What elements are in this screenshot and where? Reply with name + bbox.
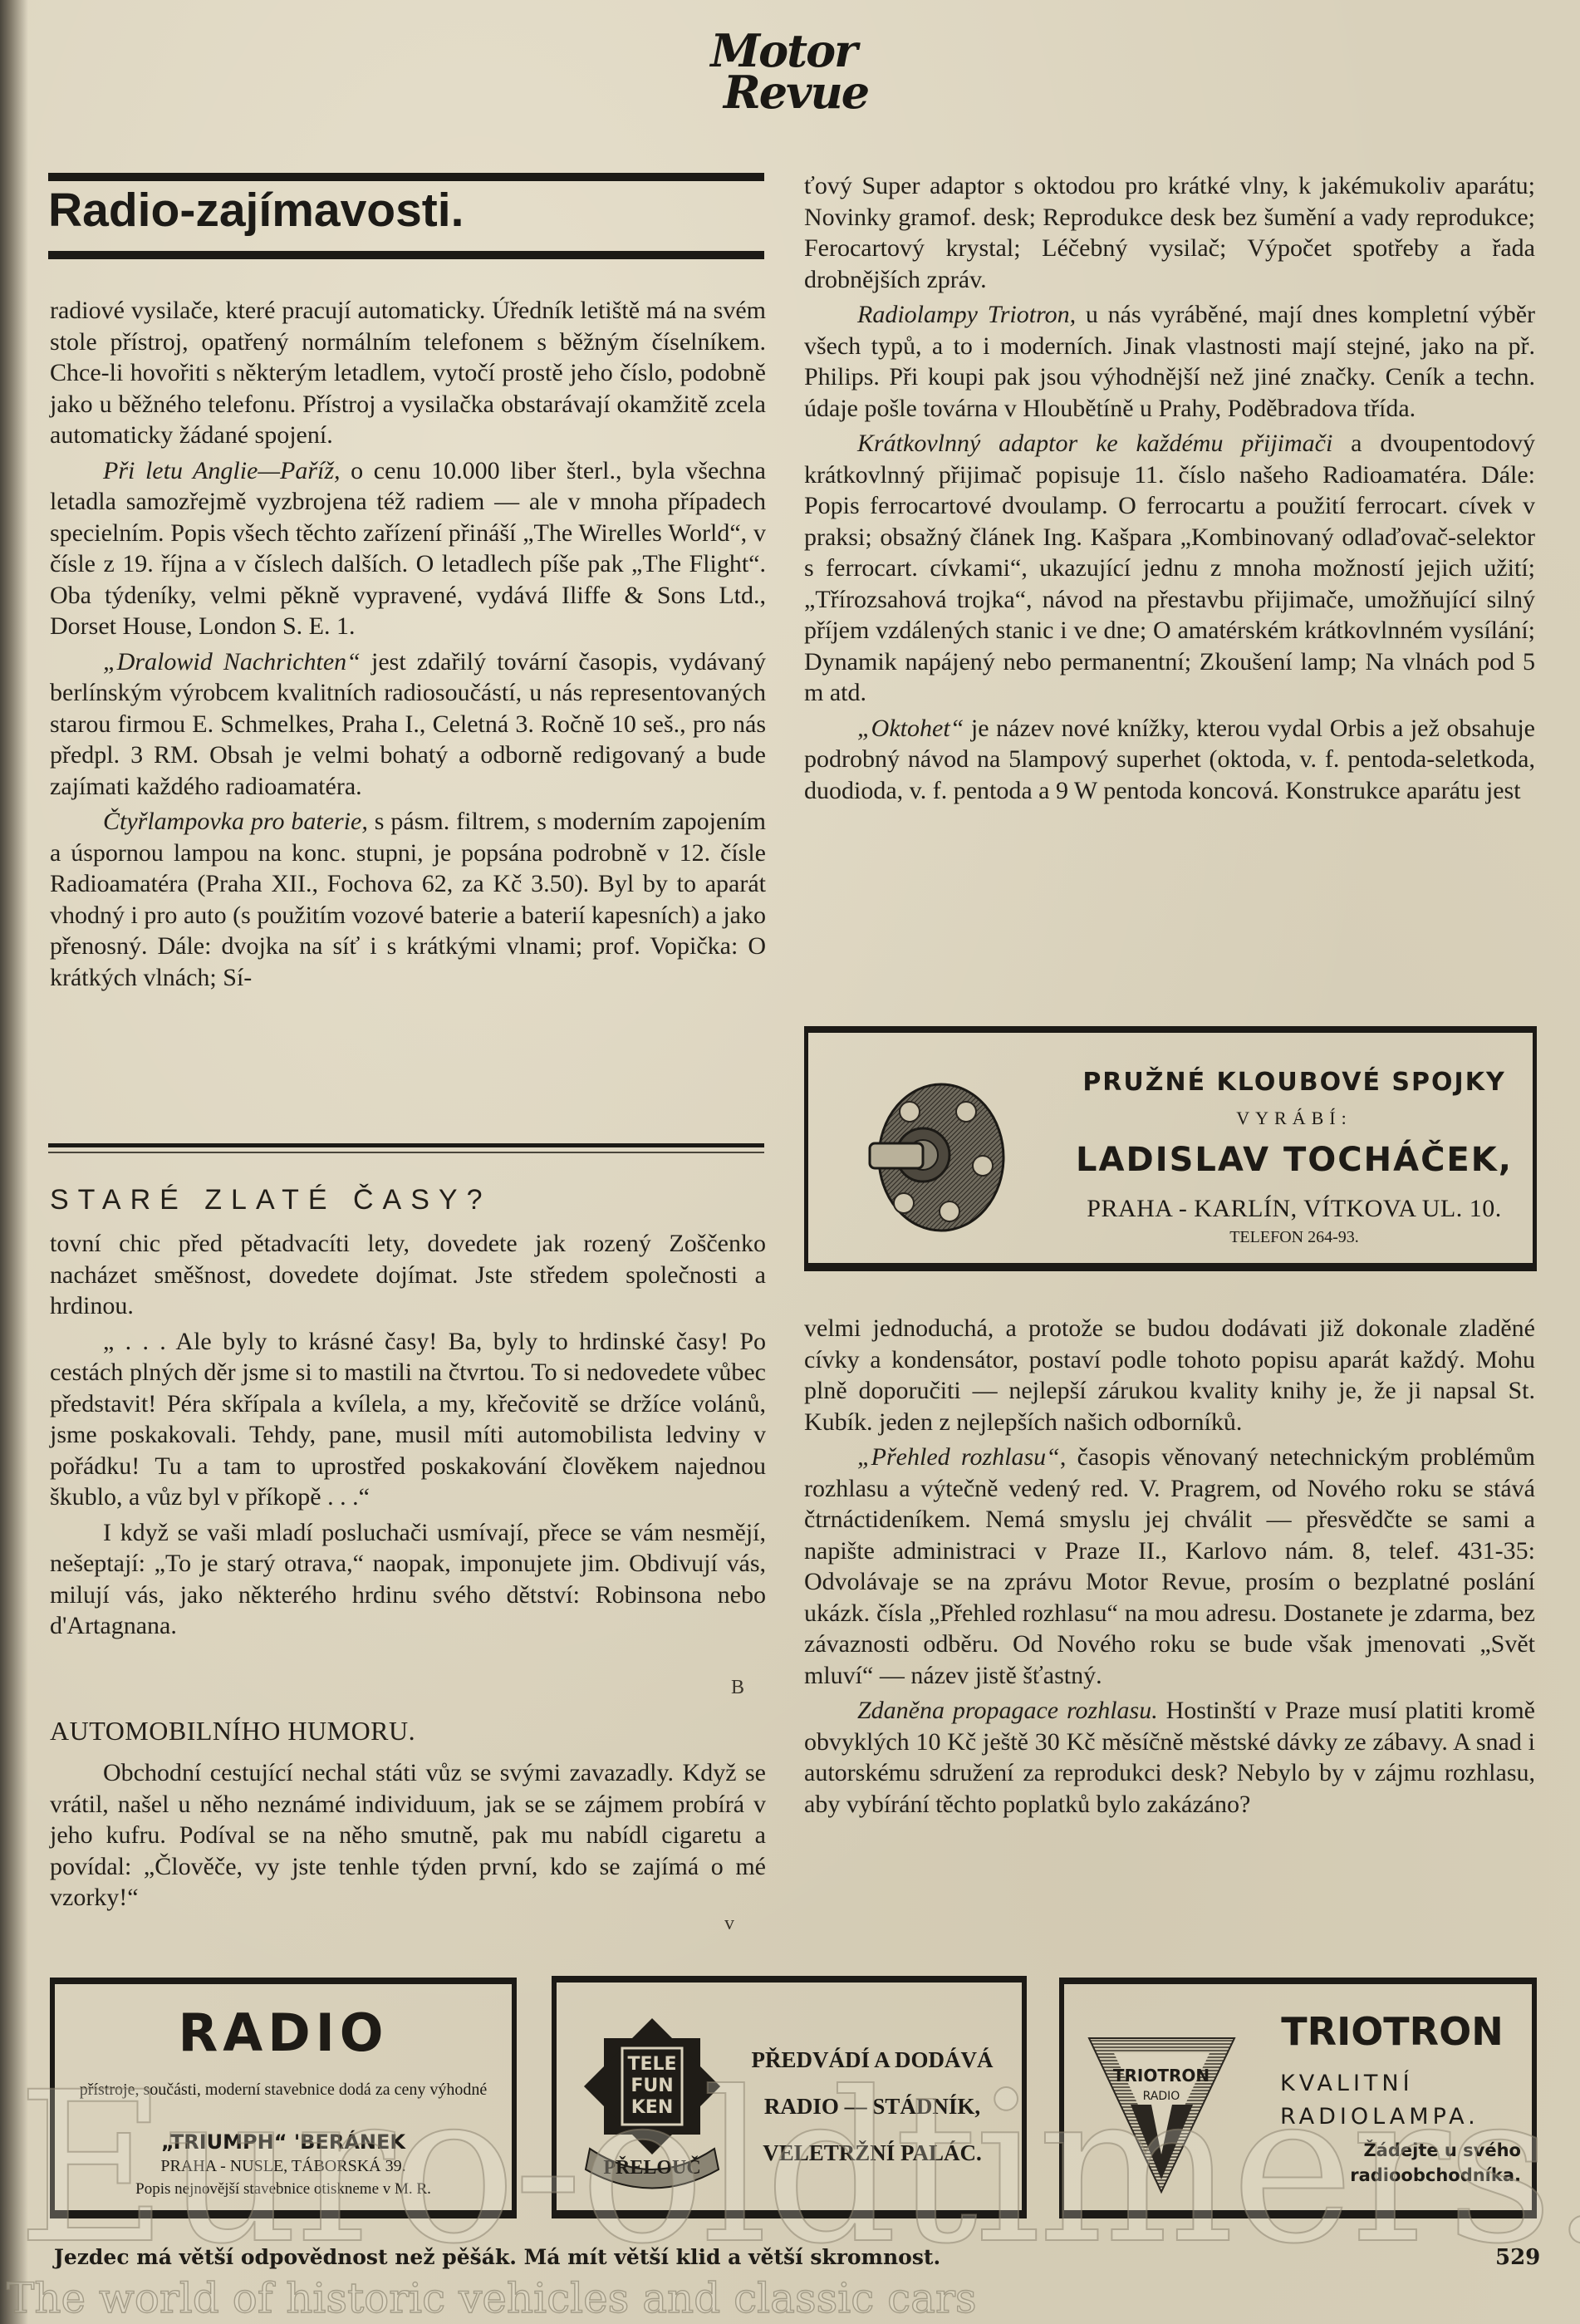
triotron-triangle-logo-icon: TRIOTRON RADIO <box>1085 2030 1239 2196</box>
ad-telefunken-line3: VELETRŽNÍ PALÁC. <box>731 2130 1013 2176</box>
ad-telefunken-stadnik: TELE FUN KEN PŘELOUČ PŘEDVÁDÍ A DODÁVÁ R… <box>552 1976 1027 2218</box>
paragraph-lead: „Oktohet“ <box>857 715 964 742</box>
margin-mark-b: B <box>731 1677 744 1699</box>
section-divider-rule <box>48 1143 764 1147</box>
page-number: 529 <box>1495 2245 1540 2270</box>
right-column-part1: ťový Super adaptor s oktodou pro krátké … <box>804 170 1535 806</box>
ad-spojky-headline: PRUŽNÉ KLOUBOVÉ SPOJKY <box>1062 1068 1527 1097</box>
paragraph: Radiolampy Triotron, u nás vyráběné, maj… <box>804 299 1535 424</box>
ad-radio-note: Popis nejnovější stavebnice otiskneme v … <box>55 2180 512 2199</box>
paragraph: Zdaněna propagace rozhlasu. Hostinští v … <box>804 1695 1535 1820</box>
paragraph: Při letu Anglie—Paříž, o cenu 10.000 lib… <box>50 455 766 642</box>
ad-radio-headline: RADIO <box>55 2002 512 2063</box>
svg-text:RADIO: RADIO <box>1143 2090 1180 2103</box>
paragraph-lead: „Přehled rozhlasu“ <box>857 1443 1060 1471</box>
paragraph: ťový Super adaptor s oktodou pro krátké … <box>804 170 1535 295</box>
paragraph-lead: Krátkovlnný adaptor ke každému přijimači <box>857 430 1332 457</box>
ad-triotron-tagline: KVALITNÍ RADIOLAMPA. <box>1255 2067 1529 2134</box>
svg-text:TRIOTRON: TRIOTRON <box>1113 2066 1210 2086</box>
section2-title: STARÉ ZLATÉ ČASY? <box>50 1184 492 1216</box>
paragraph: „Přehled rozhlasu“, časopis věnovaný net… <box>804 1442 1535 1691</box>
ad-triotron-tag2: RADIOLAMPA. <box>1255 2100 1529 2134</box>
ad-spojky-address: PRAHA - KARLÍN, VÍTKOVA UL. 10. <box>1062 1195 1527 1223</box>
left-column-part1: radiové vysilače, které pracují automati… <box>50 295 766 993</box>
ad-tochacek-couplings: PRUŽNÉ KLOUBOVÉ SPOJKY VYRÁBÍ: LADISLAV … <box>804 1026 1537 1271</box>
ad-radio-company: „TRIUMPH“ 'BERÁNEK <box>55 2130 512 2154</box>
paragraph: „Oktohet“ je název nové knížky, kterou v… <box>804 713 1535 807</box>
ad-triumph-beranek: RADIO přístroje, součásti, moderní stave… <box>50 1978 517 2218</box>
masthead-line2: Revue <box>704 71 887 113</box>
paragraph-lead: Zdaněna propagace rozhlasu. <box>857 1697 1158 1724</box>
title-rule-bottom <box>48 251 764 259</box>
paragraph: Obchodní cestující nechal státi vůz se s… <box>50 1757 766 1914</box>
paragraph: velmi jednoduchá, a protože se budou dod… <box>804 1313 1535 1437</box>
ad-spojky-phone: TELEFON 264-93. <box>1062 1228 1527 1247</box>
ad-triotron-cta2: radioobchodníka. <box>1255 2163 1521 2188</box>
section-title: Radio-zajímavosti. <box>48 183 464 238</box>
paragraph-lead: „Dralowid Nachrichten“ <box>103 648 361 676</box>
paragraph-lead: Čtyřlampovka pro baterie, <box>103 808 368 835</box>
paragraph: Čtyřlampovka pro baterie, s pásm. filtre… <box>50 806 766 993</box>
left-column-part3: Obchodní cestující nechal státi vůz se s… <box>50 1753 766 1914</box>
ad-spojky-sub: VYRÁBÍ: <box>1062 1108 1527 1129</box>
ad-telefunken-text: PŘEDVÁDÍ A DODÁVÁ RADIO — STÁDNÍK, VELET… <box>731 2037 1013 2176</box>
page-edge-shadow <box>0 0 28 2324</box>
ad-triotron-cta: Žádejte u svého radioobchodníka. <box>1255 2138 1529 2188</box>
margin-mark-v: v <box>724 1913 734 1935</box>
title-rule-top <box>48 173 764 181</box>
ad-radio-body: přístroje, součásti, moderní stavebnice … <box>76 2077 491 2102</box>
svg-text:FUN: FUN <box>631 2076 673 2096</box>
ad-radio-address: PRAHA - NUSLE, TÁBORSKÁ 39. <box>55 2157 512 2176</box>
right-column-part2: velmi jednoduchá, a protože se budou dod… <box>804 1313 1535 1820</box>
flexible-coupling-illustration-icon <box>858 1078 1008 1236</box>
paragraph: radiové vysilače, které pracují automati… <box>50 295 766 451</box>
ad-triotron: TRIOTRON RADIO TRIOTRON KVALITNÍ RADIOLA… <box>1059 1978 1537 2218</box>
ad-spojky-company: LADISLAV TOCHÁČEK, <box>1062 1141 1527 1179</box>
ad-triotron-tag1: KVALITNÍ <box>1255 2067 1529 2100</box>
ad-telefunken-line2: RADIO — STÁDNÍK, <box>731 2083 1013 2130</box>
footer-motto: Jezdec má větší odpovědnost než pěšák. M… <box>54 2245 940 2269</box>
ad-triotron-headline: TRIOTRON <box>1255 2009 1529 2054</box>
ad-telefunken-line1: PŘEDVÁDÍ A DODÁVÁ <box>731 2037 1013 2083</box>
svg-text:TELE: TELE <box>627 2054 676 2075</box>
left-column-part2: tovní chic před pětadvacíti lety, dovede… <box>50 1228 766 1642</box>
svg-text:KEN: KEN <box>631 2097 674 2118</box>
ad-triotron-cta1: Žádejte u svého <box>1255 2138 1521 2163</box>
paragraph: Krátkovlnný adaptor ke každému přijimači… <box>804 428 1535 709</box>
svg-text:PŘELOUČ: PŘELOUČ <box>603 2156 700 2179</box>
masthead-logo: Motor Revue <box>696 30 887 121</box>
section-divider-rule-thin <box>48 1152 764 1153</box>
paragraph: „ . . . Ale byly to krásné časy! Ba, byl… <box>50 1326 766 1513</box>
telefunken-star-logo-icon: TELE FUN KEN PŘELOUČ <box>581 2016 723 2190</box>
paragraph: I když se vaši mladí posluchači usmívají… <box>50 1517 766 1642</box>
section3-title: AUTOMOBILNÍHO HUMORU. <box>50 1716 415 1747</box>
paragraph: „Dralowid Nachrichten“ jest zdařilý tová… <box>50 646 766 803</box>
paragraph-lead: Radiolampy Triotron, <box>857 301 1076 328</box>
paragraph-lead: Při letu Anglie—Paříž, <box>103 457 341 484</box>
watermark-tagline: The world of historic vehicles and class… <box>7 2275 977 2322</box>
paragraph: tovní chic před pětadvacíti lety, dovede… <box>50 1228 766 1322</box>
